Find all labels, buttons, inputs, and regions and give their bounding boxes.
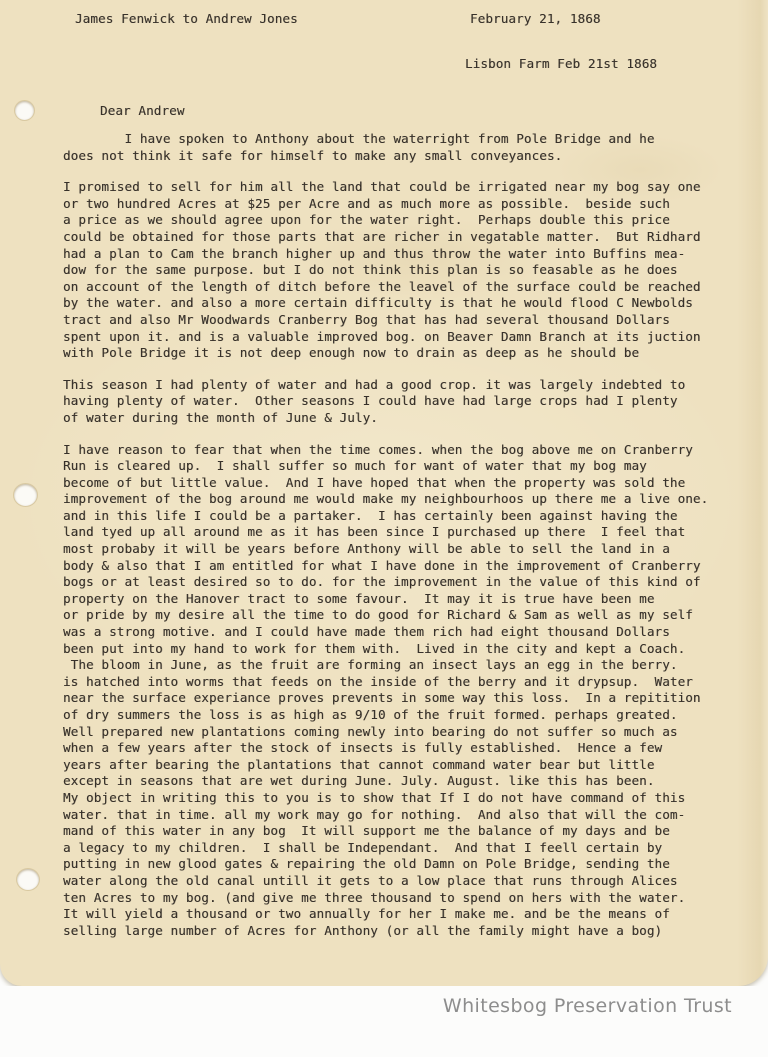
letter-header-date: February 21, 1868 (470, 11, 601, 28)
punch-hole-bottom (17, 869, 39, 890)
punch-hole-middle (14, 484, 37, 506)
watermark-text: Whitesbog Preservation Trust (443, 995, 732, 1017)
letter-paragraph: I have reason to fear that when the time… (63, 442, 735, 940)
letter-place-dateline: Lisbon Farm Feb 21st 1868 (465, 56, 657, 73)
letter-paper: James Fenwick to Andrew Jones February 2… (0, 0, 768, 986)
scan-background-strip: Whitesbog Preservation Trust (0, 986, 768, 1057)
punch-hole-top (15, 101, 34, 120)
letter-paragraph: I promised to sell for him all the land … (63, 179, 735, 362)
letter-header-correspondents: James Fenwick to Andrew Jones (75, 11, 298, 28)
letter-salutation: Dear Andrew (100, 103, 185, 120)
scanned-letter-page: James Fenwick to Andrew Jones February 2… (0, 0, 768, 1057)
letter-body: I have spoken to Anthony about the water… (63, 131, 735, 954)
letter-paragraph: This season I had plenty of water and ha… (63, 377, 735, 427)
letter-paragraph: I have spoken to Anthony about the water… (63, 131, 735, 164)
